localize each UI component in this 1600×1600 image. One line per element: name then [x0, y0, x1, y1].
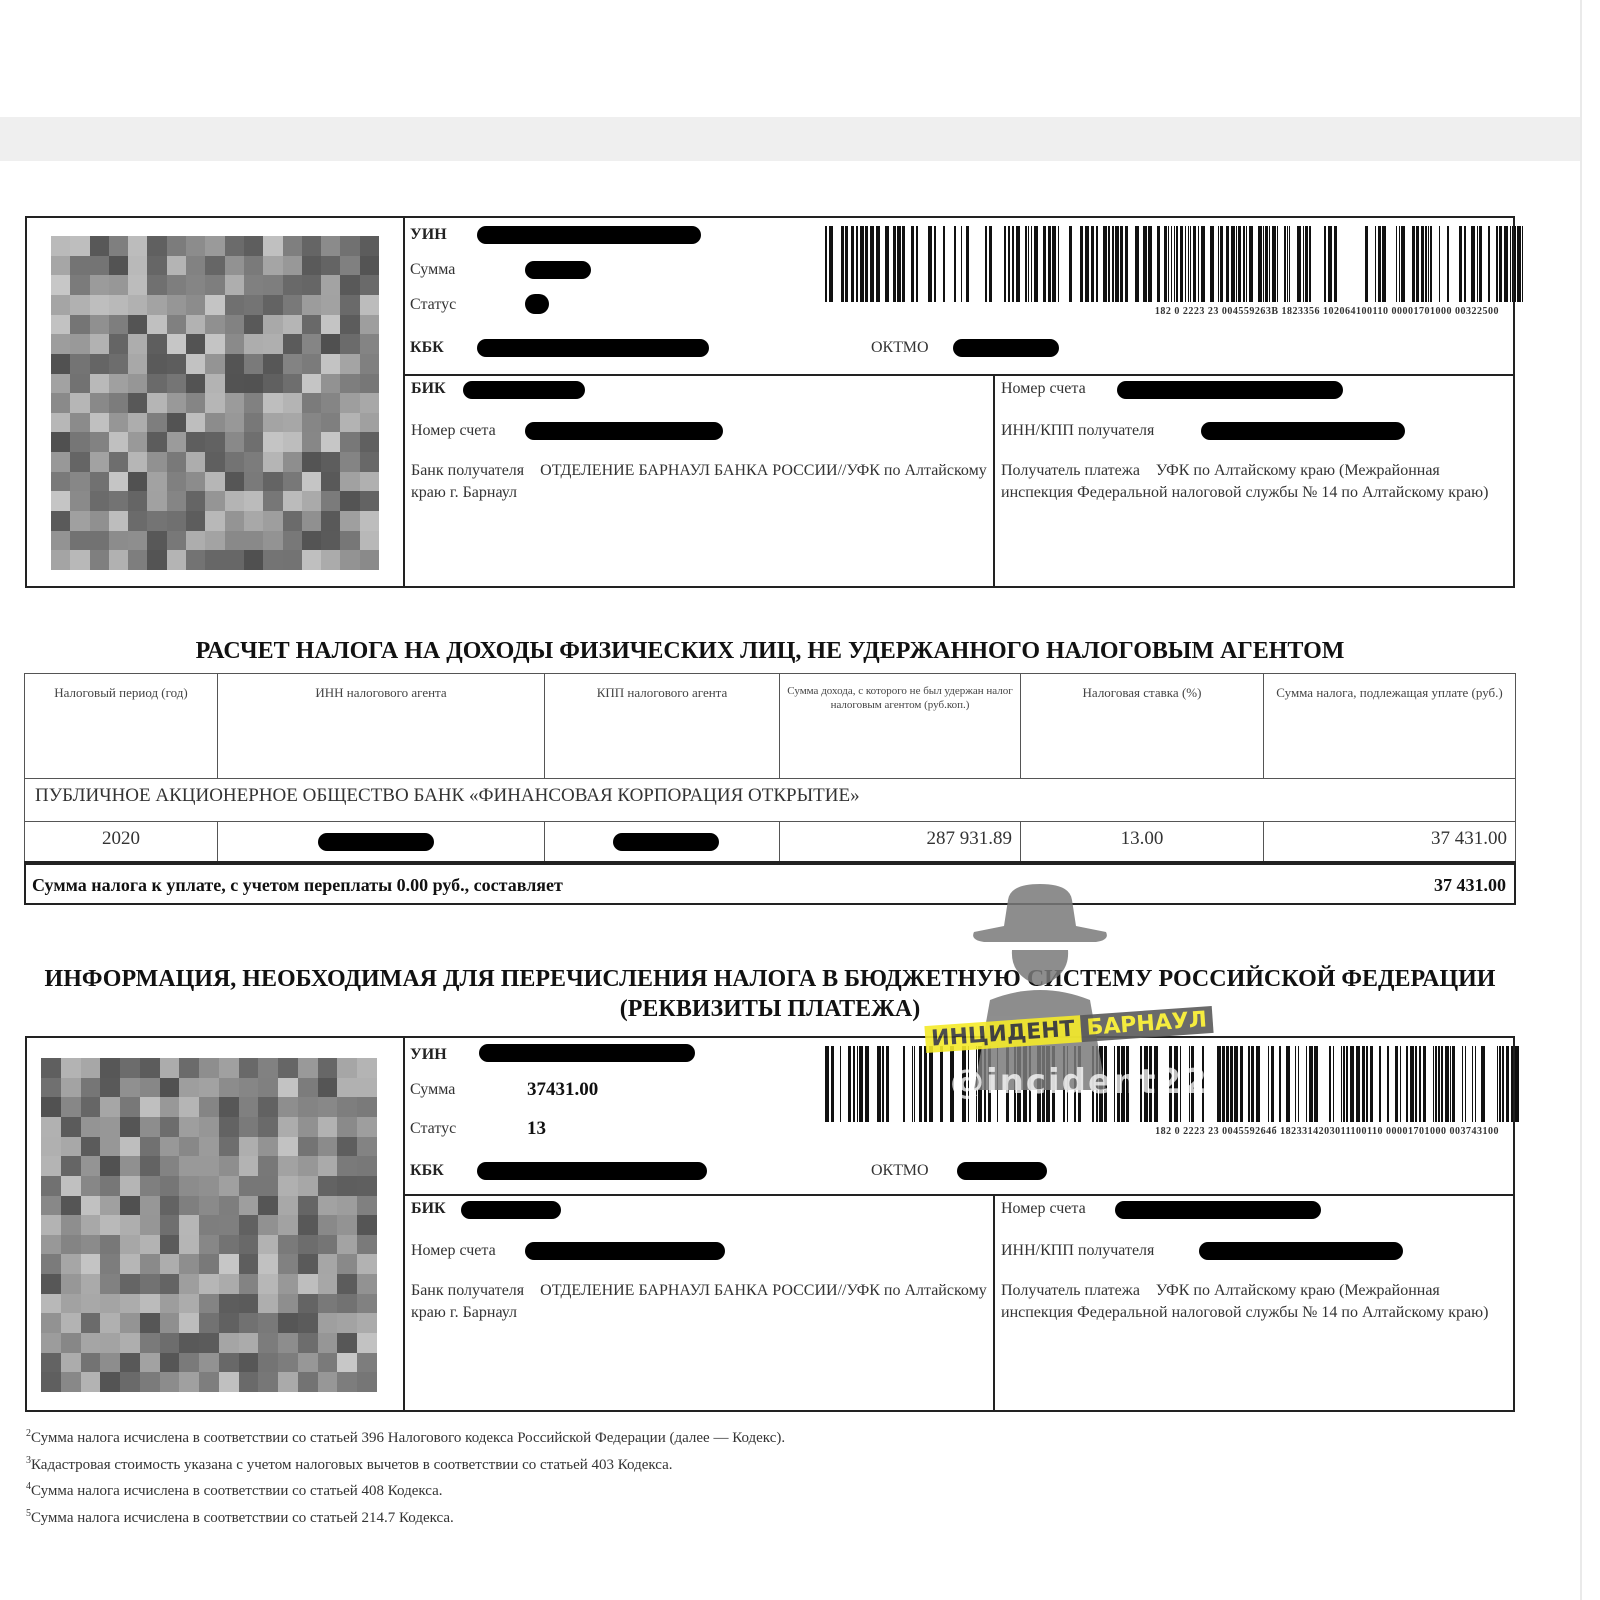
recipient-account-redacted: [1117, 381, 1343, 399]
qr-code-pixelated: [27, 1038, 405, 1410]
status-label: Статус: [410, 1120, 456, 1138]
recipient-details: Номер счета ИНН/КПП получателя Получател…: [995, 1196, 1513, 1410]
barcode-icon: [825, 226, 1531, 302]
kbk-redacted: [477, 339, 709, 357]
receipt-header: УИН Сумма Статус КБК ОКТМО 182 0 2223 23…: [405, 218, 1513, 376]
kbk-label: КБК: [410, 339, 444, 357]
inn-kpp-label: ИНН/КПП получателя: [1001, 1242, 1154, 1260]
tax-calculation-table: Налоговый период (год) ИНН налогового аг…: [24, 673, 1516, 865]
payee-label: Получатель платежа: [1001, 1282, 1140, 1299]
footnote: 3Кадастровая стоимость указана с учетом …: [26, 1450, 785, 1477]
qr-code-image: [41, 1058, 377, 1392]
account-label: Номер счета: [411, 1242, 496, 1260]
account-redacted: [525, 1242, 725, 1260]
cell-tax: 37 431.00: [1264, 822, 1516, 865]
recipient-details: Номер счета ИНН/КПП получателя Получател…: [995, 376, 1513, 586]
table-header: Налоговый период (год) ИНН налогового аг…: [25, 674, 1516, 779]
status-label: Статус: [410, 296, 456, 314]
summa-value: 37431.00: [527, 1079, 598, 1101]
payment-info-title: ИНФОРМАЦИЯ, НЕОБХОДИМАЯ ДЛЯ ПЕРЕЧИСЛЕНИЯ…: [0, 964, 1540, 1024]
bik-label: БИК: [411, 380, 446, 398]
qr-code-pixelated: [27, 218, 405, 586]
cell-income: 287 931.89: [780, 822, 1021, 865]
recipient-account-label: Номер счета: [1001, 380, 1086, 398]
bank-recipient: Банк получателя ОТДЕЛЕНИЕ БАРНАУЛ БАНКА …: [411, 460, 991, 504]
inn-kpp-label: ИНН/КПП получателя: [1001, 422, 1154, 440]
col-agent-kpp: КПП налогового агента: [545, 674, 780, 779]
agent-name: ПУБЛИЧНОЕ АКЦИОНЕРНОЕ ОБЩЕСТВО БАНК «ФИН…: [25, 779, 1516, 822]
cell-agent-kpp: [545, 822, 780, 865]
footnote: 2Сумма налога исчислена в соответствии с…: [26, 1423, 785, 1450]
summa-redacted: [525, 261, 591, 279]
payment-receipt-2: УИН Сумма 37431.00 Статус 13 КБК ОКТМО 1…: [25, 1036, 1515, 1412]
bank-label: Банк получателя: [411, 462, 524, 479]
bik-redacted: [463, 381, 585, 399]
barcode-number: 182 0 2223 23 004559263В 1823356 1020641…: [1155, 306, 1499, 317]
footnote: 5Сумма налога исчислена в соответствии с…: [26, 1503, 785, 1530]
account-redacted: [525, 422, 723, 440]
kbk-redacted: [477, 1162, 707, 1180]
uin-redacted: [479, 1044, 695, 1062]
payee: Получатель платежа УФК по Алтайскому кра…: [1001, 460, 1501, 504]
col-income: Сумма дохода, с которого не был удержан …: [780, 674, 1021, 779]
bank-details: БИК Номер счета Банк получателя ОТДЕЛЕНИ…: [405, 376, 995, 586]
footnote: 4Сумма налога исчислена в соответствии с…: [26, 1476, 785, 1503]
oktmo-label: ОКТМО: [871, 1162, 929, 1180]
qr-code-image: [51, 236, 379, 570]
payee: Получатель платежа УФК по Алтайскому кра…: [1001, 1280, 1501, 1324]
bik-label: БИК: [411, 1200, 446, 1218]
recipient-account-redacted: [1115, 1201, 1321, 1219]
summa-label: Сумма: [410, 1081, 455, 1099]
footnotes: 2Сумма налога исчислена в соответствии с…: [26, 1423, 785, 1529]
col-rate: Налоговая ставка (%): [1021, 674, 1264, 779]
col-tax: Сумма налога, подлежащая уплате (руб.): [1264, 674, 1516, 779]
page-margin: [1582, 0, 1600, 1600]
total-label: Сумма налога к уплате, с учетом переплат…: [32, 875, 563, 896]
table-row-agent: ПУБЛИЧНОЕ АКЦИОНЕРНОЕ ОБЩЕСТВО БАНК «ФИН…: [25, 779, 1516, 822]
summa-label: Сумма: [410, 261, 455, 279]
status-redacted: [525, 294, 549, 314]
bank-label: Банк получателя: [411, 1282, 524, 1299]
cell-agent-inn: [218, 822, 545, 865]
oktmo-label: ОКТМО: [871, 339, 929, 357]
barcode-number: 182 0 2223 23 004559264б 182331420301110…: [1155, 1126, 1499, 1137]
bank-details: БИК Номер счета Банк получателя ОТДЕЛЕНИ…: [405, 1196, 995, 1410]
agent-inn-redacted: [318, 833, 434, 851]
uin-redacted: [477, 226, 701, 244]
viewer-toolbar-strip: [0, 117, 1580, 161]
recipient-account-label: Номер счета: [1001, 1200, 1086, 1218]
status-value: 13: [527, 1118, 546, 1140]
oktmo-redacted: [957, 1162, 1047, 1180]
total-value: 37 431.00: [1434, 875, 1506, 896]
payment-receipt-1: УИН Сумма Статус КБК ОКТМО 182 0 2223 23…: [25, 216, 1515, 588]
inn-kpp-redacted: [1199, 1242, 1403, 1260]
table-row: 2020 287 931.89 13.00 37 431.00: [25, 822, 1516, 865]
account-label: Номер счета: [411, 422, 496, 440]
bank-recipient: Банк получателя ОТДЕЛЕНИЕ БАРНАУЛ БАНКА …: [411, 1280, 991, 1324]
uin-label: УИН: [410, 1046, 447, 1064]
payee-label: Получатель платежа: [1001, 462, 1140, 479]
watermark-handle: @incident22: [950, 1062, 1209, 1102]
col-agent-inn: ИНН налогового агента: [218, 674, 545, 779]
kbk-label: КБК: [410, 1162, 444, 1180]
total-row: Сумма налога к уплате, с учетом переплат…: [24, 861, 1516, 905]
col-period: Налоговый период (год): [25, 674, 218, 779]
inn-kpp-redacted: [1201, 422, 1405, 440]
cell-rate: 13.00: [1021, 822, 1264, 865]
agent-kpp-redacted: [613, 833, 719, 851]
bik-redacted: [461, 1201, 561, 1219]
calc-title: РАСЧЕТ НАЛОГА НА ДОХОДЫ ФИЗИЧЕСКИХ ЛИЦ, …: [0, 638, 1540, 665]
cell-year: 2020: [25, 822, 218, 865]
oktmo-redacted: [953, 339, 1059, 357]
uin-label: УИН: [410, 226, 447, 244]
